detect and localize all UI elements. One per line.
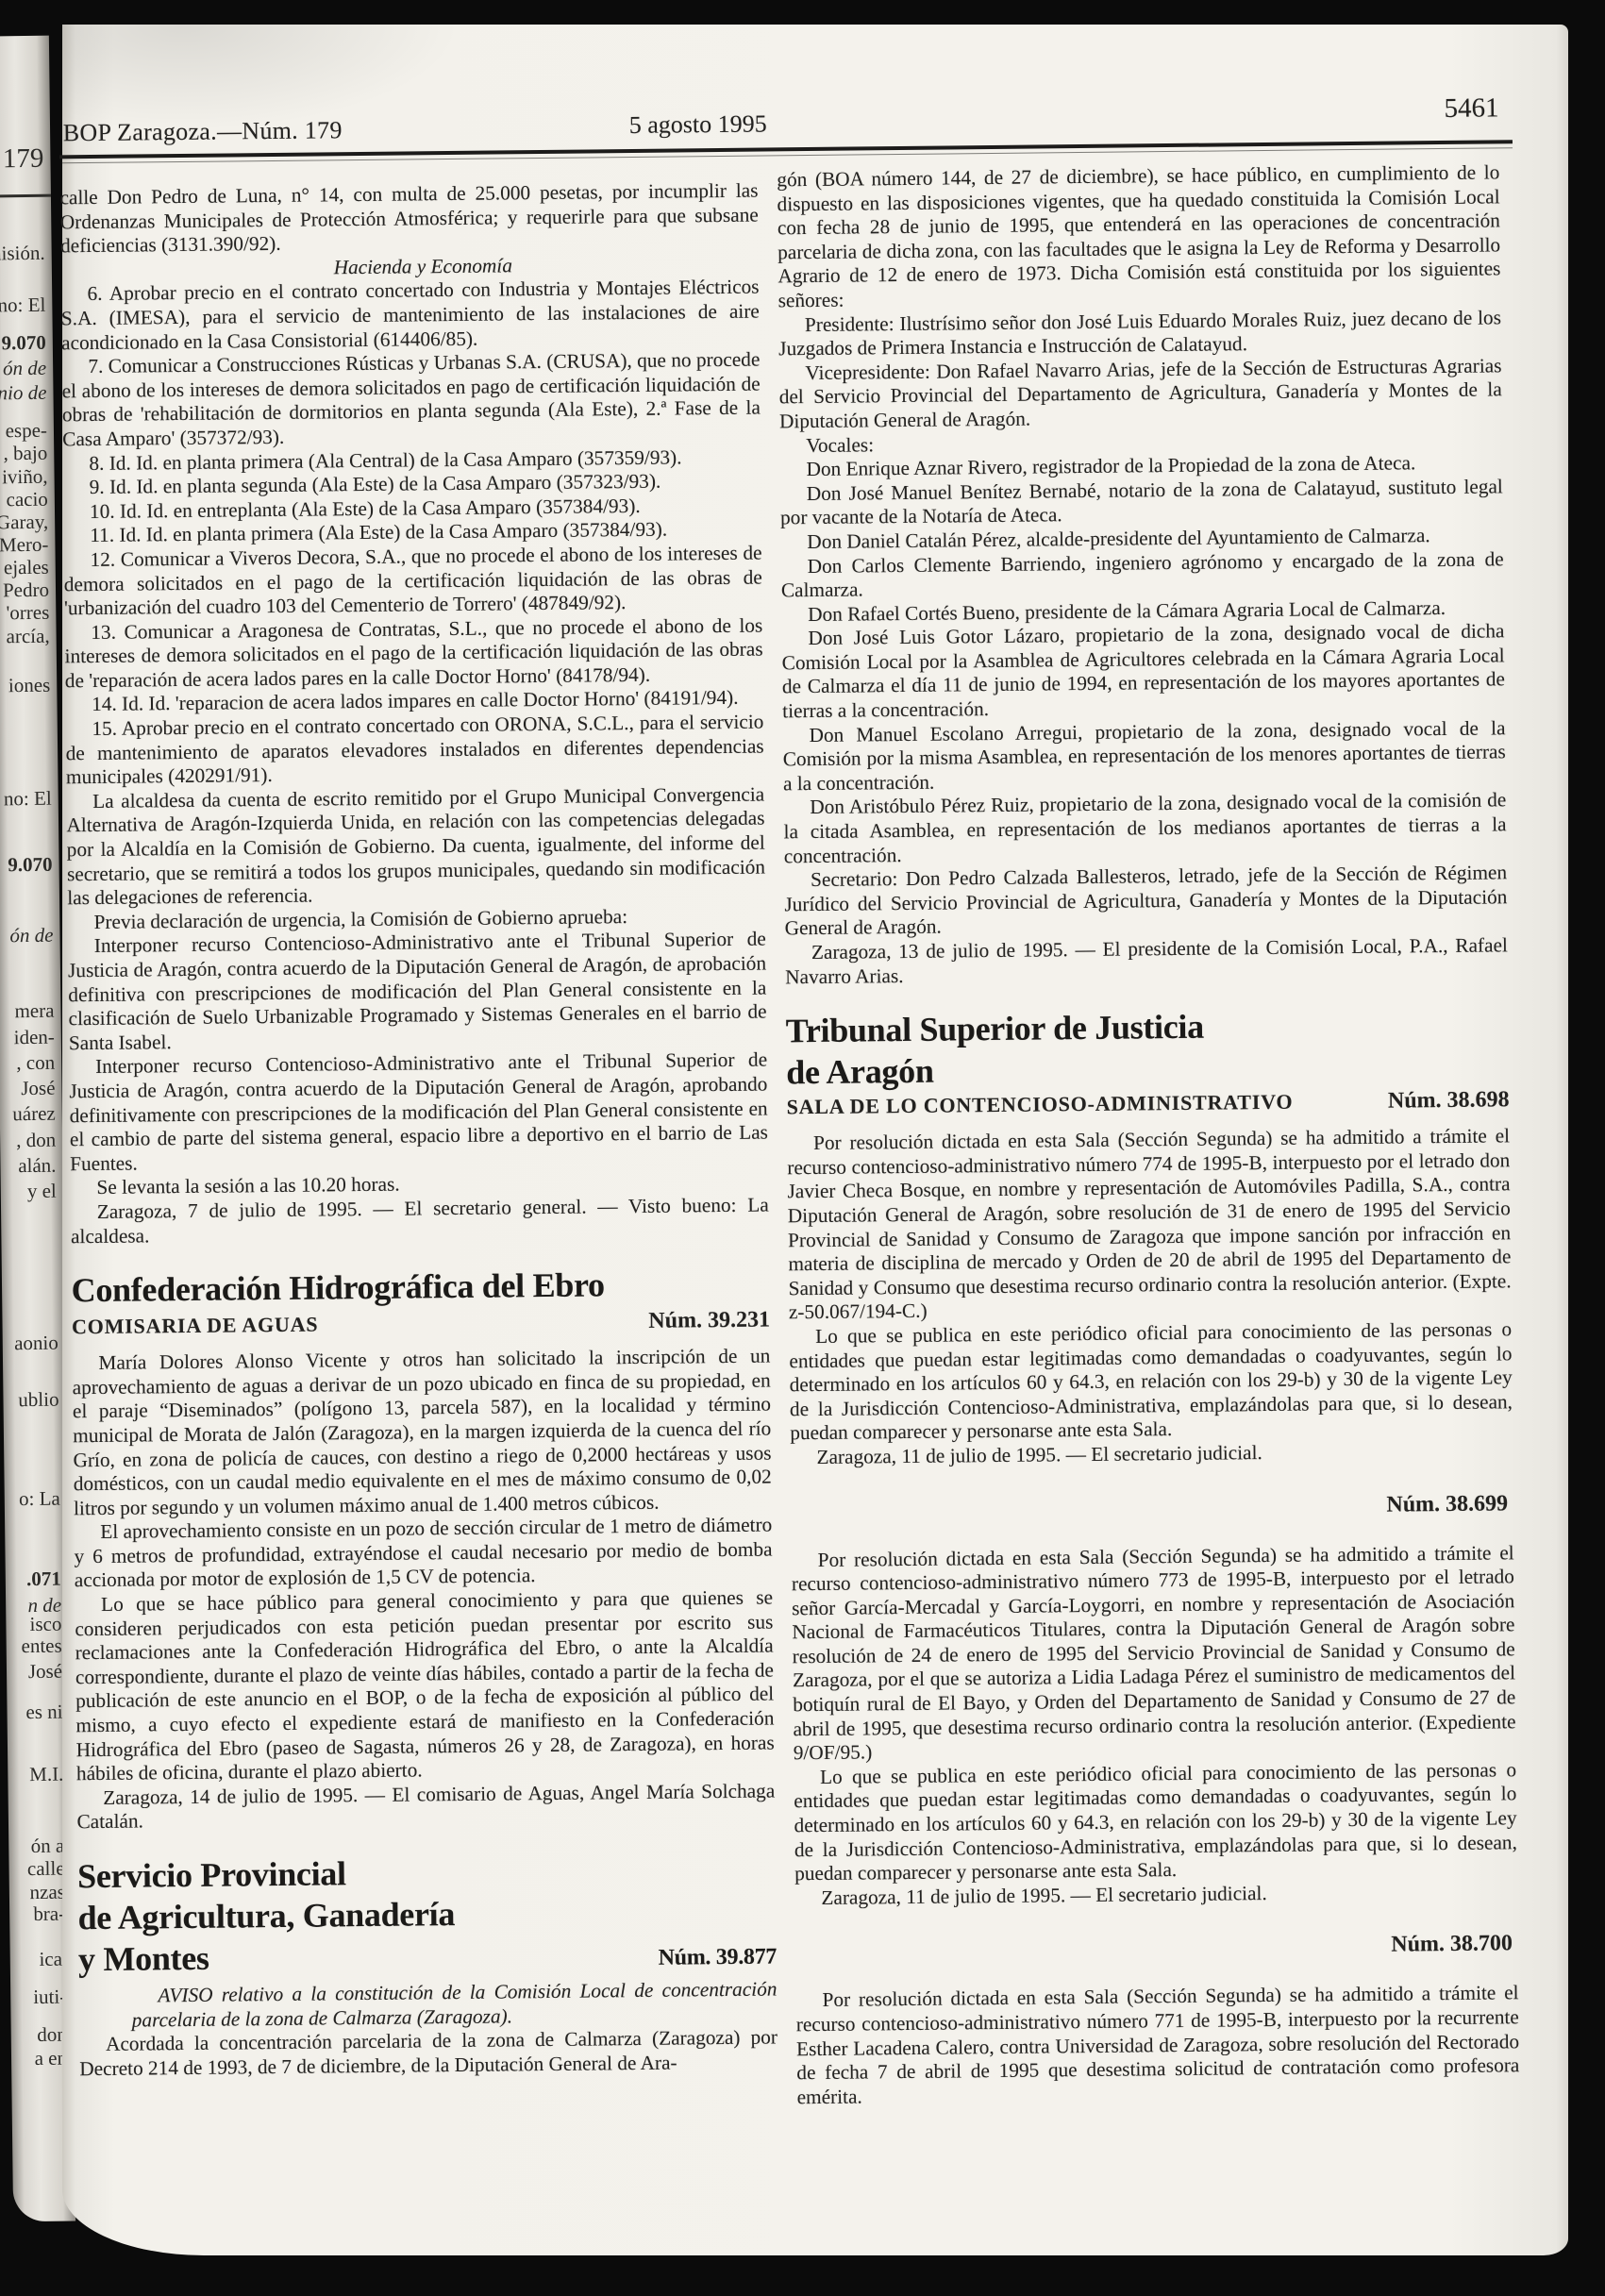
announcement-number: Núm. 38.699	[791, 1491, 1508, 1524]
paragraph: Zaragoza, 14 de julio de 1995. — El comi…	[76, 1779, 775, 1835]
gutter-fragment: isco	[29, 1613, 61, 1635]
gutter-fragment: uárez	[12, 1102, 56, 1126]
paragraph: La alcaldesa da cuenta de escrito remiti…	[66, 782, 765, 911]
section-title-line: de Aragón	[786, 1044, 1509, 1093]
paragraph: 13. Comunicar a Aragonesa de Contratas, …	[64, 613, 763, 694]
court-chamber: SALA DE LO CONTENCIOSO-ADMINISTRATIVO	[787, 1090, 1294, 1120]
gutter-fragment: mera	[14, 999, 54, 1023]
paragraph: Lo que se publica en este periódico ofic…	[794, 1758, 1517, 1886]
paragraph: Por resolución dictada en esta Sala (Sec…	[795, 1982, 1519, 2110]
paragraph: 6. Aprobar precio en el contrato concert…	[60, 276, 760, 356]
paragraph: Acordada la concentración parcelaria de …	[79, 2026, 777, 2082]
paragraph: Secretario: Don Pedro Calzada Ballestero…	[784, 862, 1508, 942]
gutter-fragment: calle	[27, 1857, 65, 1880]
gutter-fragment: Garay,	[0, 511, 48, 534]
announcement-number: Núm. 38.698	[1388, 1087, 1510, 1114]
paragraph: Zaragoza, 7 de julio de 1995. — El secre…	[71, 1193, 769, 1249]
gutter-fragment: no: El	[4, 787, 52, 811]
section-servicio-provincial: Servicio Provincial de Agricultura, Gana…	[77, 1848, 777, 2081]
gutter-fragment: 'orres	[6, 601, 49, 625]
paragraph: Don Carlos Clemente Barriendo, ingeniero…	[781, 547, 1504, 603]
gutter-fragment: ón a	[31, 1835, 65, 1857]
paragraph: Lo que se publica en este periódico ofic…	[789, 1317, 1513, 1446]
gutter-fragment: espe-	[6, 419, 48, 443]
journal-title: BOP Zaragoza.—Núm. 179	[63, 116, 343, 147]
gutter-fragment: alán.	[18, 1154, 57, 1177]
gutter-fragment: o: La	[19, 1487, 60, 1511]
gutter-fragment: 9.070	[8, 853, 53, 877]
paragraph: Interponer recurso Contencioso-Administr…	[69, 1048, 768, 1177]
aviso-note: AVISO relativo a la constitución de la C…	[78, 1977, 777, 2033]
section-title: Confederación Hidrográfica del Ebro	[71, 1263, 769, 1312]
gutter-fragment: no: El	[0, 293, 45, 317]
gutter-fragment: cacio	[6, 488, 48, 511]
section-title: Servicio Provincial de Agricultura, Gana…	[77, 1848, 777, 1985]
section-title-line: de Agricultura, Ganadería	[77, 1889, 776, 1938]
gutter-fragment: José	[28, 1660, 62, 1683]
paragraph: Don Aristóbulo Pérez Ruiz, propietario d…	[783, 789, 1507, 869]
announcement-number: Núm. 39.231	[648, 1308, 770, 1334]
paragraph: calle Don Pedro de Luna, n° 14, con mult…	[59, 179, 759, 260]
gutter-fragment: Pedro	[3, 578, 49, 602]
right-column: gón (BOA número 144, de 27 de diciembre)…	[777, 160, 1520, 2109]
gutter-fragment: , don	[16, 1129, 56, 1152]
paragraph: Don José Manuel Benítez Bernabé, notario…	[780, 475, 1503, 530]
gutter-header-rule	[0, 194, 51, 198]
gutter-fragment: nio de	[0, 381, 47, 405]
paragraph: Interponer recurso Contencioso-Administr…	[68, 928, 767, 1056]
gutter-fragment: bra-	[33, 1902, 65, 1925]
paragraph: 15. Aprobar precio en el contrato concer…	[65, 711, 764, 791]
paragraph: Don José Luis Gotor Lázaro, propietario …	[781, 620, 1505, 724]
gutter-fragment: nzas	[29, 1881, 65, 1903]
section-confederacion: Confederación Hidrográfica del Ebro COMI…	[71, 1263, 775, 1835]
gutter-fragment: aonio	[14, 1332, 59, 1355]
paragraph: Presidente: Ilustrísimo señor don José L…	[778, 306, 1501, 361]
gutter-fragment: ublio	[18, 1388, 59, 1412]
gutter-fragment: iones	[8, 674, 51, 697]
gutter-fragment: José	[21, 1077, 55, 1099]
section-title-line: y Montes	[78, 1937, 209, 1980]
announcement-number: Núm. 38.700	[795, 1932, 1513, 1965]
section-tribunal: Tribunal Superior de Justicia de Aragón …	[786, 1002, 1520, 2109]
bop-page: BOP Zaragoza.—Núm. 179 5 agosto 1995 546…	[62, 25, 1568, 2255]
page-number: 5461	[1444, 92, 1498, 125]
gutter-fragment: arcía,	[6, 625, 49, 648]
photographed-gazette-page: { "header": { "journal": "BOP Zaragoza.—…	[0, 0, 1605, 2296]
gutter-fragment: Mero-	[0, 533, 49, 557]
paragraph: Zaragoza, 13 de julio de 1995. — El pres…	[785, 933, 1508, 989]
gutter-fragment: , bajo	[3, 442, 47, 465]
paragraph: Por resolución dictada en esta Sala (Sec…	[792, 1541, 1516, 1766]
gutter-fragment: ón de	[3, 357, 46, 380]
issue-date: 5 agosto 1995	[594, 109, 802, 140]
paragraph: Vicepresidente: Don Rafael Navarro Arias…	[778, 354, 1502, 434]
gutter-fragment: ón de	[9, 924, 53, 947]
paragraph: 12. Comunicar a Viveros Decora, S.A., qu…	[63, 541, 762, 621]
section-title-line: Servicio Provincial	[77, 1848, 776, 1897]
agency-name: COMISARIA DE AGUAS	[72, 1313, 319, 1340]
paragraph: María Dolores Alonso Vicente y otros han…	[72, 1345, 772, 1521]
gutter-fragment: , con	[16, 1051, 55, 1074]
paragraph: 7. Comunicar a Construcciones Rústicas y…	[61, 348, 761, 452]
paragraph: Don Manuel Escolano Arregui, propietario…	[782, 716, 1506, 796]
paragraph: Por resolución dictada en esta Sala (Sec…	[787, 1124, 1512, 1325]
left-column: calle Don Pedro de Luna, n° 14, con mult…	[59, 179, 777, 2082]
paragraph: Lo que se hace público para general cono…	[75, 1586, 775, 1786]
page-content: BOP Zaragoza.—Núm. 179 5 agosto 1995 546…	[51, 17, 1580, 2264]
announcement-number: Núm. 39.877	[658, 1936, 777, 1978]
gutter-fragment: .071	[26, 1567, 61, 1590]
paragraph: El aprovechamiento consiste en un pozo d…	[74, 1514, 773, 1594]
gutter-fragment: nisión.	[0, 242, 45, 265]
gutter-fragment: iviño,	[2, 465, 48, 489]
gutter-fragment: iden-	[14, 1026, 55, 1049]
paragraph: gón (BOA número 144, de 27 de diciembre)…	[777, 160, 1501, 313]
gutter-fragment: es ni	[25, 1701, 62, 1723]
gutter-fragment: ejales	[4, 556, 49, 579]
gutter-fragment: M.I.	[29, 1763, 63, 1785]
gutter-fragment: y el	[27, 1180, 57, 1202]
gutter-fragment: . 179	[0, 147, 44, 171]
gutter-fragment: entes	[21, 1634, 61, 1658]
gutter-fragment: 9.070	[1, 331, 46, 355]
